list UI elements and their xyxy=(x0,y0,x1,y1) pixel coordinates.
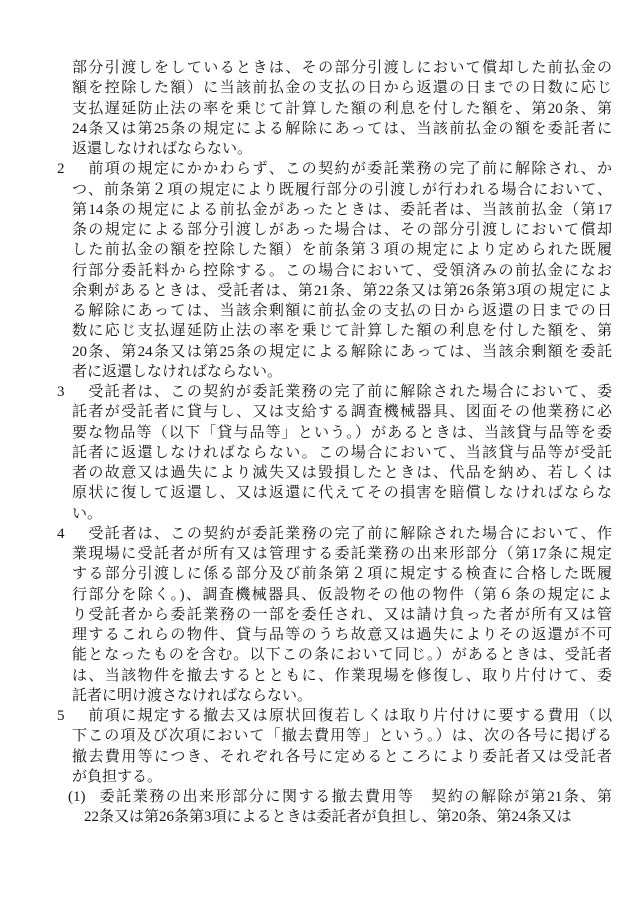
line-text: する部分引渡しに係る部分及び前条第２項に規定する検査に合格した既履 xyxy=(72,566,612,582)
line-text: 能となったものを含む。以下この条において同じ。）があるときは、受託者 xyxy=(72,647,612,663)
contract-text-block: 部分引渡しをしているときは、その部分引渡しにおいて償却した前払金の額を控除した額… xyxy=(72,58,612,828)
line-text: 受託者は、この契約が委託業務の完了前に解除された場合において、委 xyxy=(87,384,612,400)
text-line: 5前項に規定する撤去又は原状回復若しくは取り片付けに要する費用（以 xyxy=(72,706,612,726)
line-text: 行部分を除く。)、調査機械器具、仮設物その他の物件（第６条の規定によ xyxy=(72,587,612,603)
text-line: した前払金の額を控除した額）を前条第３項の規定により定められた既履 xyxy=(72,240,612,260)
line-text: 額を控除した額）に当該前払金の支払の日から返還の日までの日数に応じ xyxy=(72,80,612,96)
text-line: 額を控除した額）に当該前払金の支払の日から返還の日までの日数に応じ xyxy=(72,78,612,98)
text-line: 20条、第24条又は第25条の規定による解除にあっては、当該余剰額を委託 xyxy=(72,342,612,362)
text-line: 22条又は第26条第3項によるときは委託者が負担し、第20条、第24条又は xyxy=(84,807,612,827)
line-text: 受託者は、この契約が委託業務の完了前に解除された場合において、作 xyxy=(87,526,612,542)
text-line: る解除にあっては、当該余剰額に前払金の支払の日から返還の日までの日 xyxy=(72,301,612,321)
text-line: 行部分委託料から控除する。この場合において、受領済みの前払金になお xyxy=(72,261,612,281)
text-line: 理するこれらの物件、貸与品等のうち故意又は過失によりその返還が不可 xyxy=(72,625,612,645)
text-line: 数に応じ支払遅延防止法の率を乗じて計算した額の利息を付した額を、第 xyxy=(72,321,612,341)
paragraph-number: 3 xyxy=(57,382,87,402)
line-text: い。 xyxy=(72,506,102,522)
paragraph: 部分引渡しをしているときは、その部分引渡しにおいて償却した前払金の額を控除した額… xyxy=(72,58,612,159)
paragraph-number: 4 xyxy=(57,524,87,544)
line-text: 条の規定による部分引渡しがあった場合は、その部分引渡しにおいて償却 xyxy=(72,222,612,238)
paragraph: 3受託者は、この契約が委託業務の完了前に解除された場合において、委託者が受託者に… xyxy=(72,382,612,524)
line-text: 者に返還しなければならない。 xyxy=(72,364,282,380)
line-text: 部分引渡しをしているときは、その部分引渡しにおいて償却した前払金の xyxy=(72,60,612,76)
text-line: は、当該物件を撤去するとともに、作業現場を修復し、取り片付けて、委 xyxy=(72,666,612,686)
line-text: 24条又は第25条の規定による解除にあっては、当該前払金の額を委託者に xyxy=(72,121,612,137)
text-line: つ、前条第２項の規定により既履行部分の引渡しが行われる場合において、 xyxy=(72,180,612,200)
text-line: が負担する。 xyxy=(72,767,612,787)
line-text: 撤去費用等につき、それぞれ各号に定めるところにより委託者又は受託者 xyxy=(72,749,612,765)
line-text: 下この項及び次項において「撤去費用等」という。）は、次の各号に掲げる xyxy=(72,728,612,744)
line-text: は、当該物件を撤去するとともに、作業現場を修復し、取り片付けて、委 xyxy=(72,668,612,684)
text-line: 託者に明け渡さなければならない。 xyxy=(72,686,612,706)
document-page: 部分引渡しをしているときは、その部分引渡しにおいて償却した前払金の額を控除した額… xyxy=(0,0,630,903)
text-line: 2前項の規定にかかわらず、この契約が委託業務の完了前に解除され、か xyxy=(72,159,612,179)
line-text: 行部分委託料から控除する。この場合において、受領済みの前払金になお xyxy=(72,263,612,279)
line-text: 数に応じ支払遅延防止法の率を乗じて計算した額の利息を付した額を、第 xyxy=(72,323,612,339)
text-line: 4受託者は、この契約が委託業務の完了前に解除された場合において、作 xyxy=(72,524,612,544)
line-text: 20条、第24条又は第25条の規定による解除にあっては、当該余剰額を委託 xyxy=(72,344,612,360)
line-text: 原状に復して返還し、又は返還に代えてその損害を賠償しなければならな xyxy=(72,485,612,501)
line-text: 前項の規定にかかわらず、この契約が委託業務の完了前に解除され、か xyxy=(87,161,612,177)
line-text: 返還しなければならない。 xyxy=(72,141,252,157)
paragraph: 2前項の規定にかかわらず、この契約が委託業務の完了前に解除され、かつ、前条第２項… xyxy=(72,159,612,382)
line-text: る解除にあっては、当該余剰額に前払金の支払の日から返還の日までの日 xyxy=(72,303,612,319)
text-line: い。 xyxy=(72,504,612,524)
text-line: り受託者から委託業務の一部を委任され、又は請け負った者が所有又は管 xyxy=(72,605,612,625)
text-line: 撤去費用等につき、それぞれ各号に定めるところにより委託者又は受託者 xyxy=(72,747,612,767)
text-line: 支払遅延防止法の率を乗じて計算した額の利息を付した額を、第20条、第 xyxy=(72,99,612,119)
line-text: 前項に規定する撤去又は原状回復若しくは取り片付けに要する費用（以 xyxy=(87,708,612,724)
item-marker: (1) xyxy=(68,787,98,807)
text-line: 部分引渡しをしているときは、その部分引渡しにおいて償却した前払金の xyxy=(72,58,612,78)
line-text: 託者に返還しなければならない。この場合において、当該貸与品等が受託 xyxy=(72,445,612,461)
text-line: 下この項及び次項において「撤去費用等」という。）は、次の各号に掲げる xyxy=(72,726,612,746)
line-text: 託者が受託者に貸与し、又は支給する調査機械器具、図面その他業務に必 xyxy=(72,404,612,420)
text-line: 返還しなければならない。 xyxy=(72,139,612,159)
line-text: り受託者から委託業務の一部を委任され、又は請け負った者が所有又は管 xyxy=(72,607,612,623)
text-line: 能となったものを含む。以下この条において同じ。）があるときは、受託者 xyxy=(72,645,612,665)
line-text: 託者に明け渡さなければならない。 xyxy=(72,688,312,704)
line-text: 委託業務の出来形部分に関する撤去費用等 契約の解除が第21条、第 xyxy=(98,789,612,805)
line-text: した前払金の額を控除した額）を前条第３項の規定により定められた既履 xyxy=(72,242,612,258)
paragraph-number: 2 xyxy=(57,159,87,179)
text-line: 要な物品等（以下「貸与品等」という。）があるときは、当該貸与品等を委 xyxy=(72,423,612,443)
text-line: 業現場に受託者が所有又は管理する委託業務の出来形部分（第17条に規定 xyxy=(72,544,612,564)
text-line: 24条又は第25条の規定による解除にあっては、当該前払金の額を委託者に xyxy=(72,119,612,139)
text-line: 条の規定による部分引渡しがあった場合は、その部分引渡しにおいて償却 xyxy=(72,220,612,240)
line-text: 理するこれらの物件、貸与品等のうち故意又は過失によりその返還が不可 xyxy=(72,627,612,643)
line-text: 22条又は第26条第3項によるときは委託者が負担し、第20条、第24条又は xyxy=(84,809,572,825)
paragraph: 4受託者は、この契約が委託業務の完了前に解除された場合において、作業現場に受託者… xyxy=(72,524,612,706)
paragraph: 5前項に規定する撤去又は原状回復若しくは取り片付けに要する費用（以下この項及び次… xyxy=(72,706,612,787)
line-text: つ、前条第２項の規定により既履行部分の引渡しが行われる場合において、 xyxy=(72,182,612,198)
line-text: 支払遅延防止法の率を乗じて計算した額の利息を付した額を、第20条、第 xyxy=(72,101,612,117)
text-line: 行部分を除く。)、調査機械器具、仮設物その他の物件（第６条の規定によ xyxy=(72,585,612,605)
sub-item-paragraph: (1)委託業務の出来形部分に関する撤去費用等 契約の解除が第21条、第22条又は… xyxy=(84,787,612,828)
line-text: 第14条の規定による前払金があったときは、委託者は、当該前払金（第17 xyxy=(72,202,612,218)
line-text: 要な物品等（以下「貸与品等」という。）があるときは、当該貸与品等を委 xyxy=(72,425,612,441)
line-text: 業現場に受託者が所有又は管理する委託業務の出来形部分（第17条に規定 xyxy=(72,546,612,562)
text-line: 者に返還しなければならない。 xyxy=(72,362,612,382)
text-line: 第14条の規定による前払金があったときは、委託者は、当該前払金（第17 xyxy=(72,200,612,220)
text-line: 託者に返還しなければならない。この場合において、当該貸与品等が受託 xyxy=(72,443,612,463)
text-line: 余剰があるときは、受託者は、第21条、第22条又は第26条第3項の規定によ xyxy=(72,281,612,301)
line-text: 者の故意又は過失により滅失又は毀損したときは、代品を納め、若しくは xyxy=(72,465,612,481)
line-text: が負担する。 xyxy=(72,769,162,785)
text-line: 者の故意又は過失により滅失又は毀損したときは、代品を納め、若しくは xyxy=(72,463,612,483)
text-line: 託者が受託者に貸与し、又は支給する調査機械器具、図面その他業務に必 xyxy=(72,402,612,422)
paragraph-number: 5 xyxy=(57,706,87,726)
text-line: (1)委託業務の出来形部分に関する撤去費用等 契約の解除が第21条、第 xyxy=(84,787,612,807)
text-line: する部分引渡しに係る部分及び前条第２項に規定する検査に合格した既履 xyxy=(72,564,612,584)
text-line: 原状に復して返還し、又は返還に代えてその損害を賠償しなければならな xyxy=(72,483,612,503)
line-text: 余剰があるときは、受託者は、第21条、第22条又は第26条第3項の規定によ xyxy=(72,283,612,299)
text-line: 3受託者は、この契約が委託業務の完了前に解除された場合において、委 xyxy=(72,382,612,402)
